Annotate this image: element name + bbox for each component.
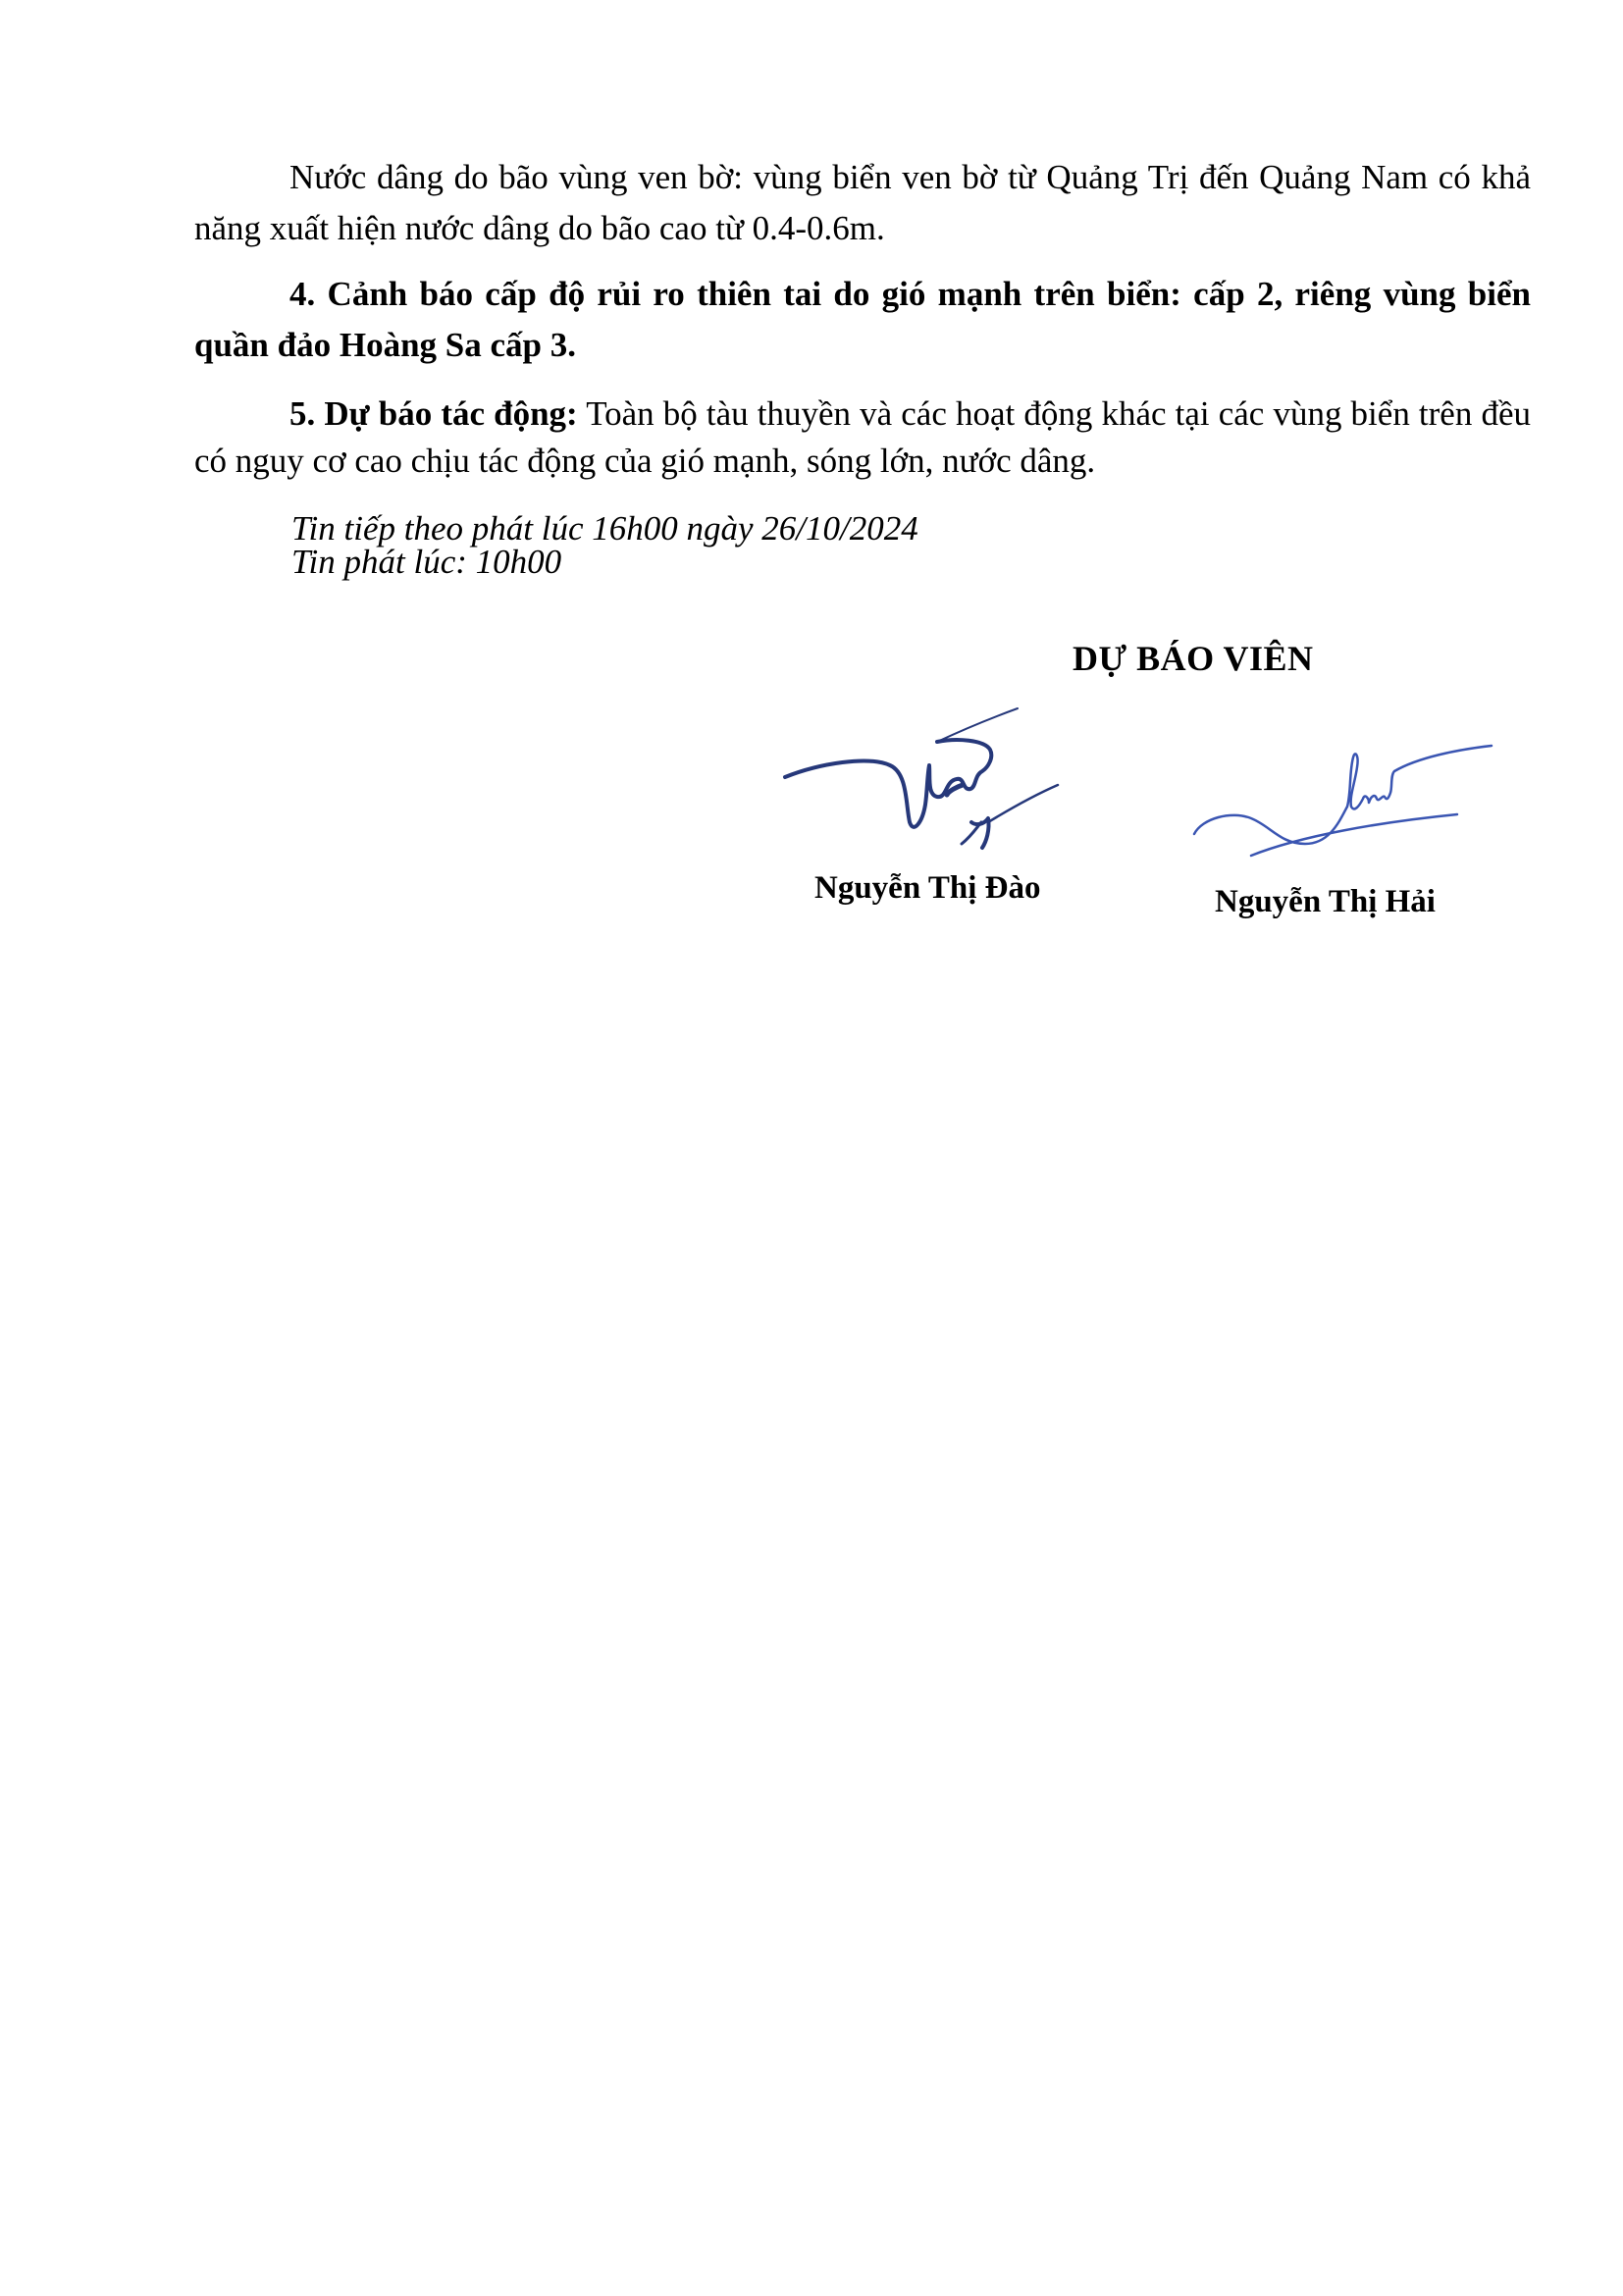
signer-name: Nguyễn Thị Đào: [814, 870, 1040, 907]
signature-icon: [780, 706, 1065, 854]
forecaster-title: DỰ BÁO VIÊN: [1073, 638, 1314, 679]
next-bulletin-note: Tin tiếp theo phát lúc 16h00 ngày 26/10/…: [291, 512, 918, 546]
signature-icon: [1182, 728, 1496, 861]
storm-surge-paragraph: Nước dâng do bão vùng ven bờ: vùng biển …: [194, 152, 1531, 254]
document-page: Nước dâng do bão vùng ven bờ: vùng biển …: [0, 0, 1623, 2296]
signer-name: Nguyễn Thị Hải: [1215, 884, 1436, 920]
impact-forecast-paragraph: 5. Dự báo tác động: Toàn bộ tàu thuyền v…: [194, 391, 1531, 485]
risk-warning-paragraph: 4. Cảnh báo cấp độ rủi ro thiên tai do g…: [194, 269, 1531, 371]
impact-forecast-label: 5. Dự báo tác động:: [289, 394, 578, 433]
issued-time-note: Tin phát lúc: 10h00: [291, 546, 561, 579]
